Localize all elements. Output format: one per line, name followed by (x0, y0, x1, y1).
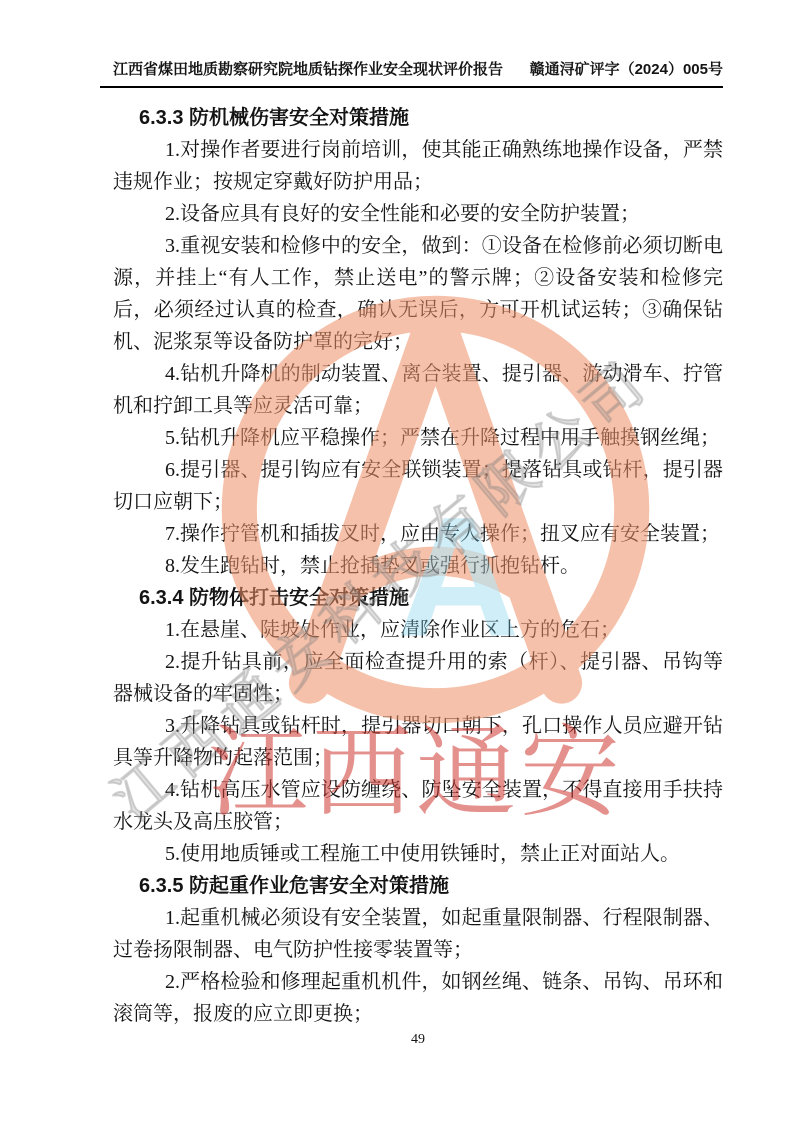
header-document-number: 赣通浔矿评字（2024）005号 (530, 58, 723, 79)
paragraph: 8.发生跑钻时，禁止抢插垫叉或强行抓抱钻杆。 (113, 550, 723, 582)
page-number: 49 (411, 1032, 425, 1047)
paragraph: 5.使用地质锤或工程施工中使用铁锤时，禁止正对面站人。 (113, 838, 723, 870)
paragraph: 6.提引器、提引钩应有安全联锁装置；提落钻具或钻杆，提引器切口应朝下； (113, 454, 723, 518)
paragraph: 2.提升钻具前，应全面检查提升用的索（杆）、提引器、吊钩等器械设备的牢固性； (113, 646, 723, 710)
page-footer: 49 (113, 1032, 723, 1048)
document-body: 6.3.3 防机械伤害安全对策措施 1.对操作者要进行岗前培训，使其能正确熟练地… (113, 102, 723, 1030)
paragraph: 2.设备应具有良好的安全性能和必要的安全防护装置； (113, 198, 723, 230)
paragraph: 7.操作拧管机和插拔叉时，应由专人操作；扭叉应有安全装置； (113, 518, 723, 550)
section-heading-6-3-5: 6.3.5 防起重作业危害安全对策措施 (113, 870, 723, 902)
paragraph: 5.钻机升降机应平稳操作；严禁在升降过程中用手触摸钢丝绳； (113, 422, 723, 454)
paragraph: 1.起重机械必须设有安全装置，如起重量限制器、行程限制器、过卷扬限制器、电气防护… (113, 902, 723, 966)
document-page: 江西省煤田地质勘察研究院地质钻探作业安全现状评价报告 赣通浔矿评字（2024）0… (0, 0, 793, 1122)
header-report-title: 江西省煤田地质勘察研究院地质钻探作业安全现状评价报告 (100, 58, 503, 79)
paragraph: 4.钻机高压水管应设防缠绕、防坠安全装置，不得直接用手扶持水龙头及高压胶管； (113, 774, 723, 838)
paragraph: 2.严格检验和修理起重机机件，如钢丝绳、链条、吊钩、吊环和滚筒等，报废的应立即更… (113, 966, 723, 1030)
paragraph: 1.对操作者要进行岗前培训，使其能正确熟练地操作设备，严禁违规作业；按规定穿戴好… (113, 134, 723, 198)
paragraph: 4.钻机升降机的制动装置、离合装置、提引器、游动滑车、拧管机和拧卸工具等应灵活可… (113, 358, 723, 422)
section-heading-6-3-3: 6.3.3 防机械伤害安全对策措施 (113, 102, 723, 134)
paragraph: 3.升降钻具或钻杆时，提引器切口朝下，孔口操作人员应避开钻具等升降物的起落范围； (113, 710, 723, 774)
page-header: 江西省煤田地质勘察研究院地质钻探作业安全现状评价报告 赣通浔矿评字（2024）0… (100, 58, 723, 88)
paragraph: 1.在悬崖、陡坡处作业，应清除作业区上方的危石； (113, 614, 723, 646)
paragraph: 3.重视安装和检修中的安全，做到：①设备在检修前必须切断电源，并挂上“有人工作，… (113, 230, 723, 358)
section-heading-6-3-4: 6.3.4 防物体打击安全对策措施 (113, 582, 723, 614)
